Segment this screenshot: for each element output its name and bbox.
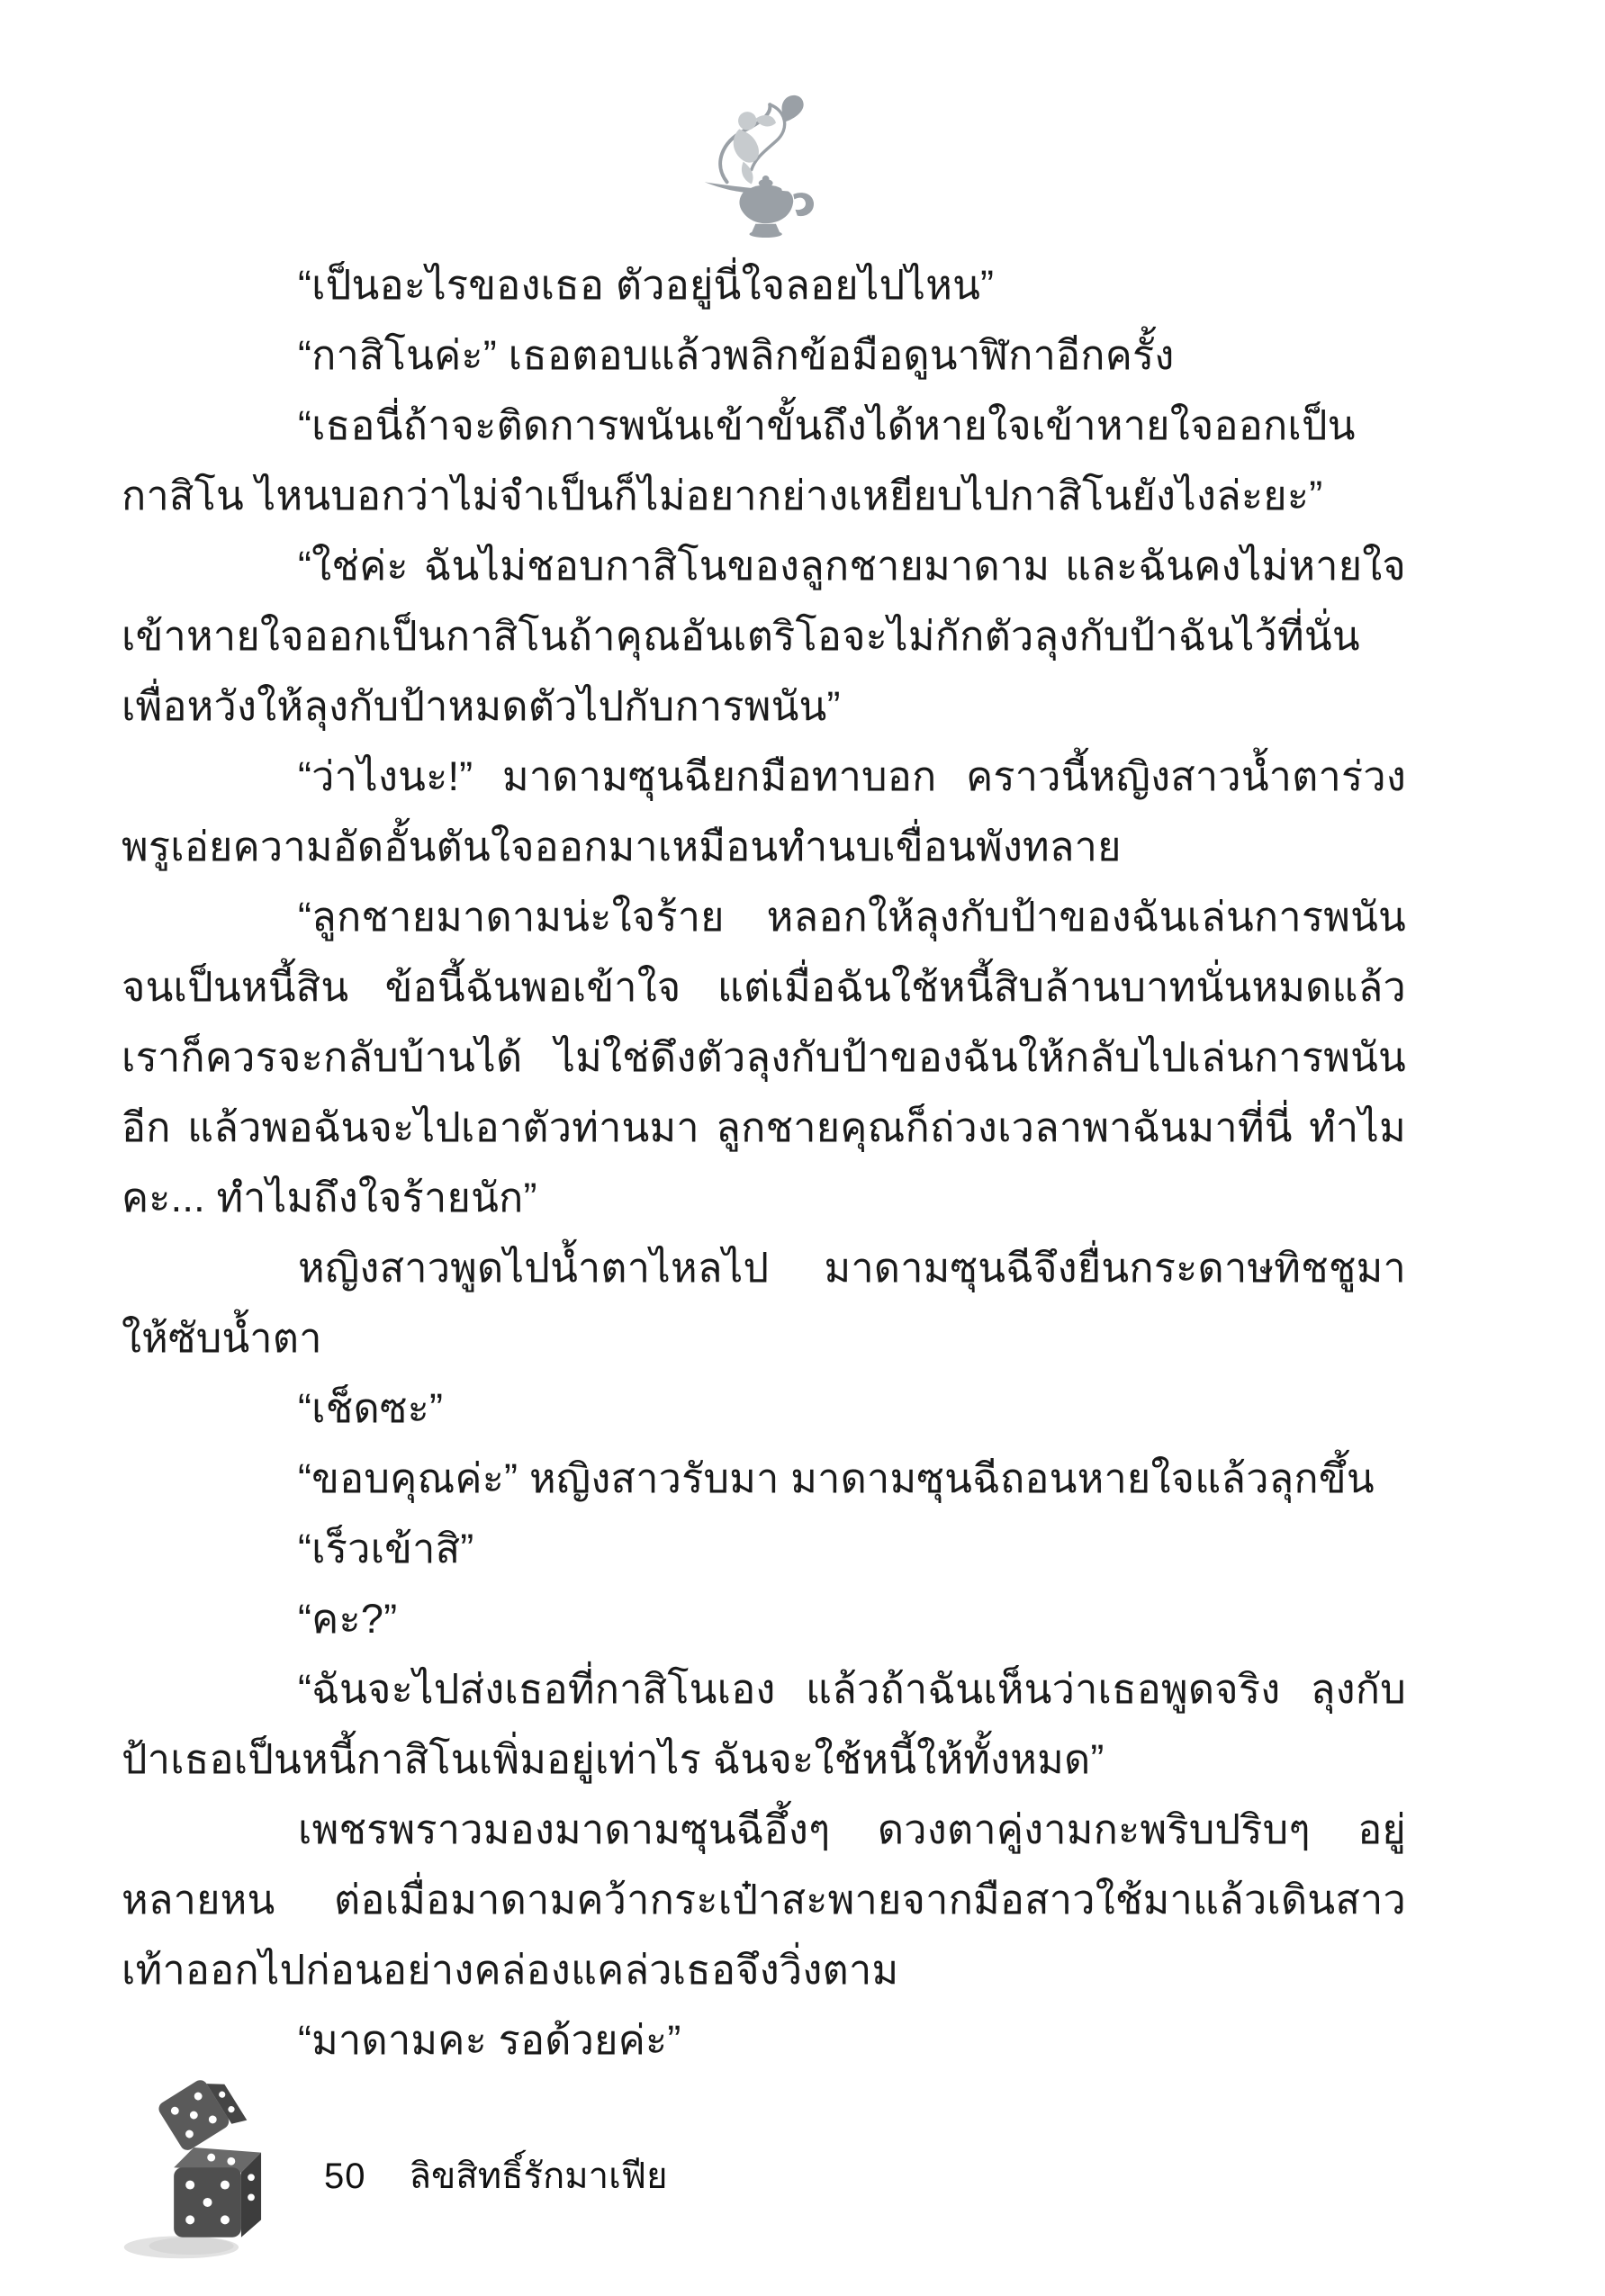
book-title: ลิขสิทธิ์รักมาเฟีย — [410, 2147, 668, 2204]
page-footer: 50 ลิขสิทธิ์รักมาเฟีย — [117, 2066, 1197, 2282]
paragraph: “กาสิโนค่ะ” เธอตอบแล้วพลิกข้อมือดูนาฬิกา… — [122, 320, 1406, 391]
paragraph: “เธอนี่ถ้าจะติดการพนันเข้าขั้นถึงได้หายใ… — [122, 391, 1406, 531]
paragraph: เพชรพราวมองมาดามซุนฉีอึ้งๆ ดวงตาคู่งามกะ… — [122, 1795, 1406, 2005]
genie-lamp-ornament — [695, 88, 834, 241]
body-text: “เป็นอะไรของเธอ ตัวอยู่นี่ใจลอยไปไหน” “ก… — [122, 250, 1406, 2075]
footer-text: 50 ลิขสิทธิ์รักมาเฟีย — [324, 2147, 668, 2204]
paragraph: “เร็วเข้าสิ” — [122, 1514, 1406, 1584]
paragraph: “เป็นอะไรของเธอ ตัวอยู่นี่ใจลอยไปไหน” — [122, 250, 1406, 320]
paragraph: “ว่าไงนะ!” มาดามซุนฉียกมือทาบอก คราวนี้ห… — [122, 742, 1406, 882]
paragraph: “ขอบคุณค่ะ” หญิงสาวรับมา มาดามซุนฉีถอนหา… — [122, 1444, 1406, 1514]
book-page: “เป็นอะไรของเธอ ตัวอยู่นี่ใจลอยไปไหน” “ก… — [0, 0, 1605, 2296]
paragraph: หญิงสาวพูดไปน้ำตาไหลไป มาดามซุนฉีจึงยื่น… — [122, 1233, 1406, 1373]
paragraph: “ฉันจะไปส่งเธอที่กาสิโนเอง แล้วถ้าฉันเห็… — [122, 1654, 1406, 1795]
paragraph: “คะ?” — [122, 1584, 1406, 1654]
paragraph: “ลูกชายมาดามน่ะใจร้าย หลอกให้ลุงกับป้าขอ… — [122, 882, 1406, 1233]
paragraph: “ใช่ค่ะ ฉันไม่ชอบกาสิโนของลูกชายมาดาม แล… — [122, 531, 1406, 742]
dice-icon — [122, 2070, 284, 2264]
paragraph: “เช็ดซะ” — [122, 1373, 1406, 1444]
page-number: 50 — [324, 2156, 366, 2197]
